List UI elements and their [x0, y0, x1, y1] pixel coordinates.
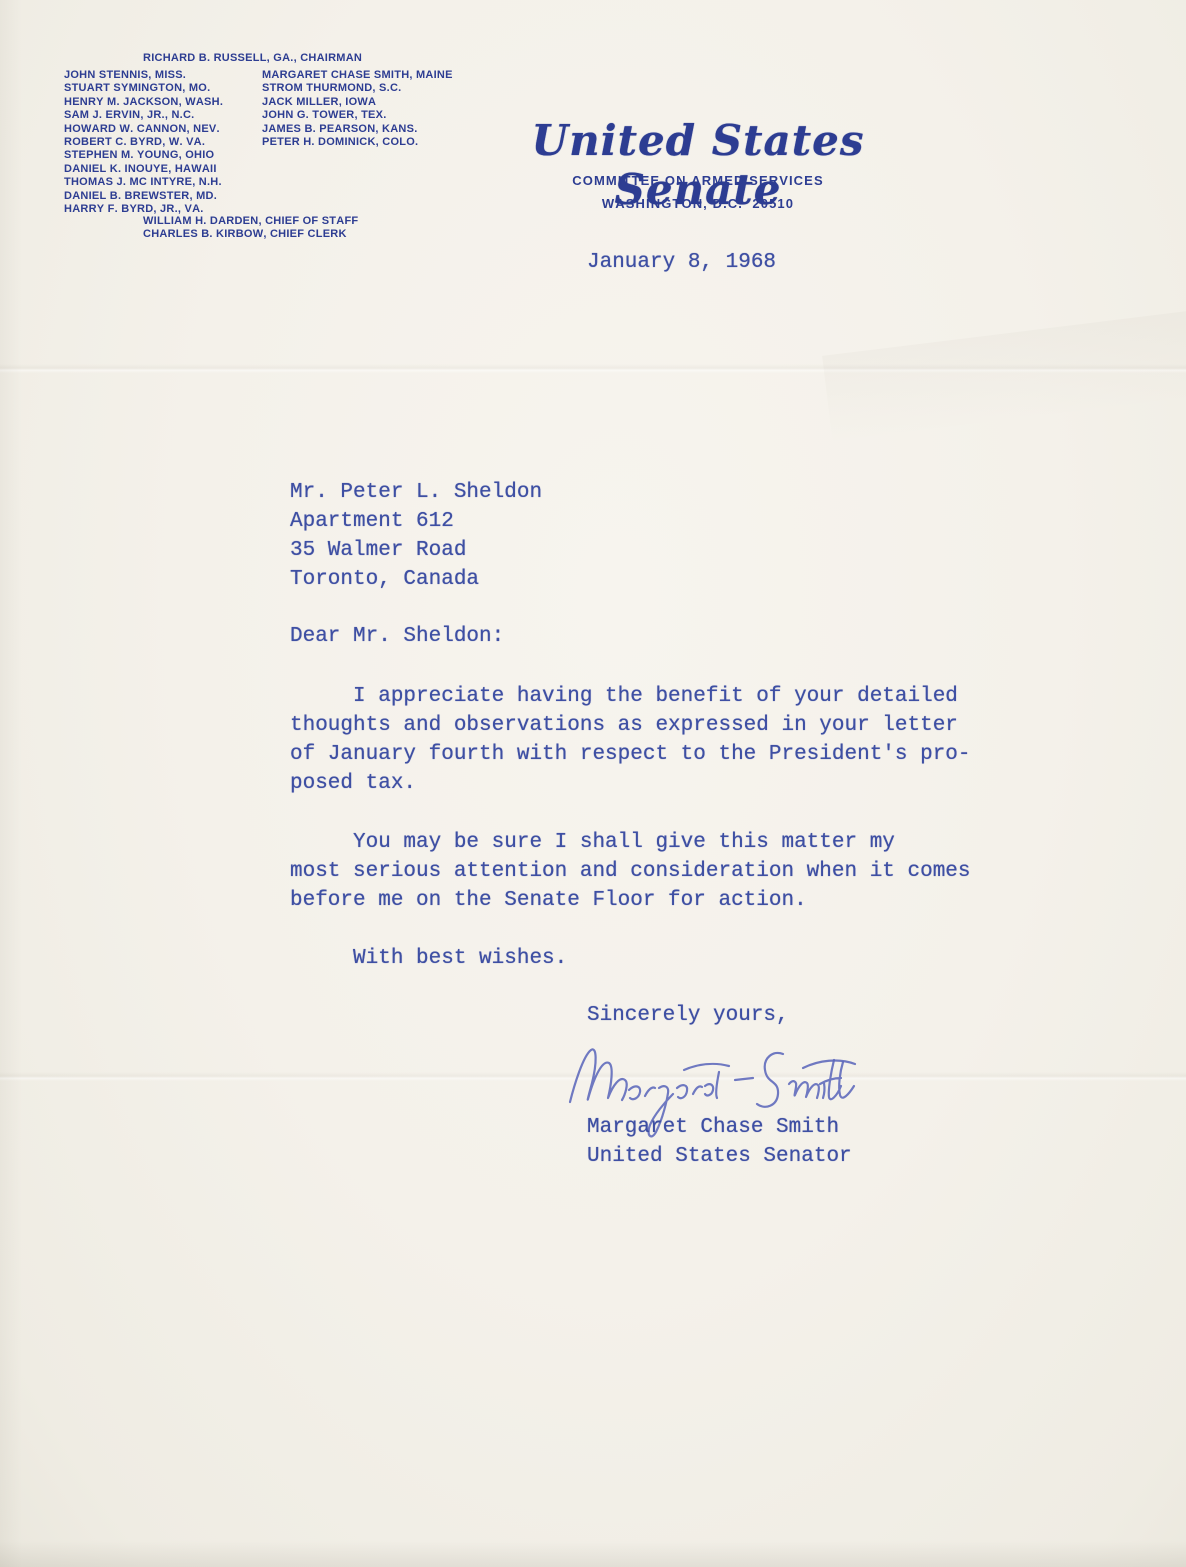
- letter-date: January 8, 1968: [587, 248, 776, 277]
- staff-lines: WILLIAM H. DARDEN, CHIEF OF STAFF CHARLE…: [143, 215, 358, 242]
- paper-bottom-shadow: [0, 1541, 1186, 1567]
- fold-crease-lower: [0, 1072, 1186, 1081]
- members-column-left: JOHN STENNIS, MISS. STUART SYMINGTON, MO…: [64, 69, 223, 216]
- salutation: Dear Mr. Sheldon:: [290, 622, 504, 651]
- closing-line: Sincerely yours,: [587, 1001, 789, 1030]
- paper-shading: [822, 305, 1186, 446]
- body-paragraph-2: You may be sure I shall give this matter…: [290, 828, 971, 915]
- letter-page: RICHARD B. RUSSELL, GA., CHAIRMAN JOHN S…: [0, 0, 1186, 1567]
- committee-address: WASHINGTON, D.C. 20510: [498, 196, 898, 211]
- paper-left-shadow: [0, 0, 22, 1567]
- typed-sender-title: United States Senator: [587, 1142, 852, 1171]
- committee-name: COMMITTEE ON ARMED SERVICES: [498, 173, 898, 188]
- best-wishes-line: With best wishes.: [290, 944, 567, 973]
- typed-sender-name: Margaret Chase Smith: [587, 1113, 839, 1142]
- chairman-line: RICHARD B. RUSSELL, GA., CHAIRMAN: [143, 52, 362, 65]
- members-column-right: MARGARET CHASE SMITH, MAINE STROM THURMO…: [262, 69, 453, 149]
- recipient-address-block: Mr. Peter L. Sheldon Apartment 612 35 Wa…: [290, 478, 542, 594]
- body-paragraph-1: I appreciate having the benefit of your …: [290, 682, 971, 798]
